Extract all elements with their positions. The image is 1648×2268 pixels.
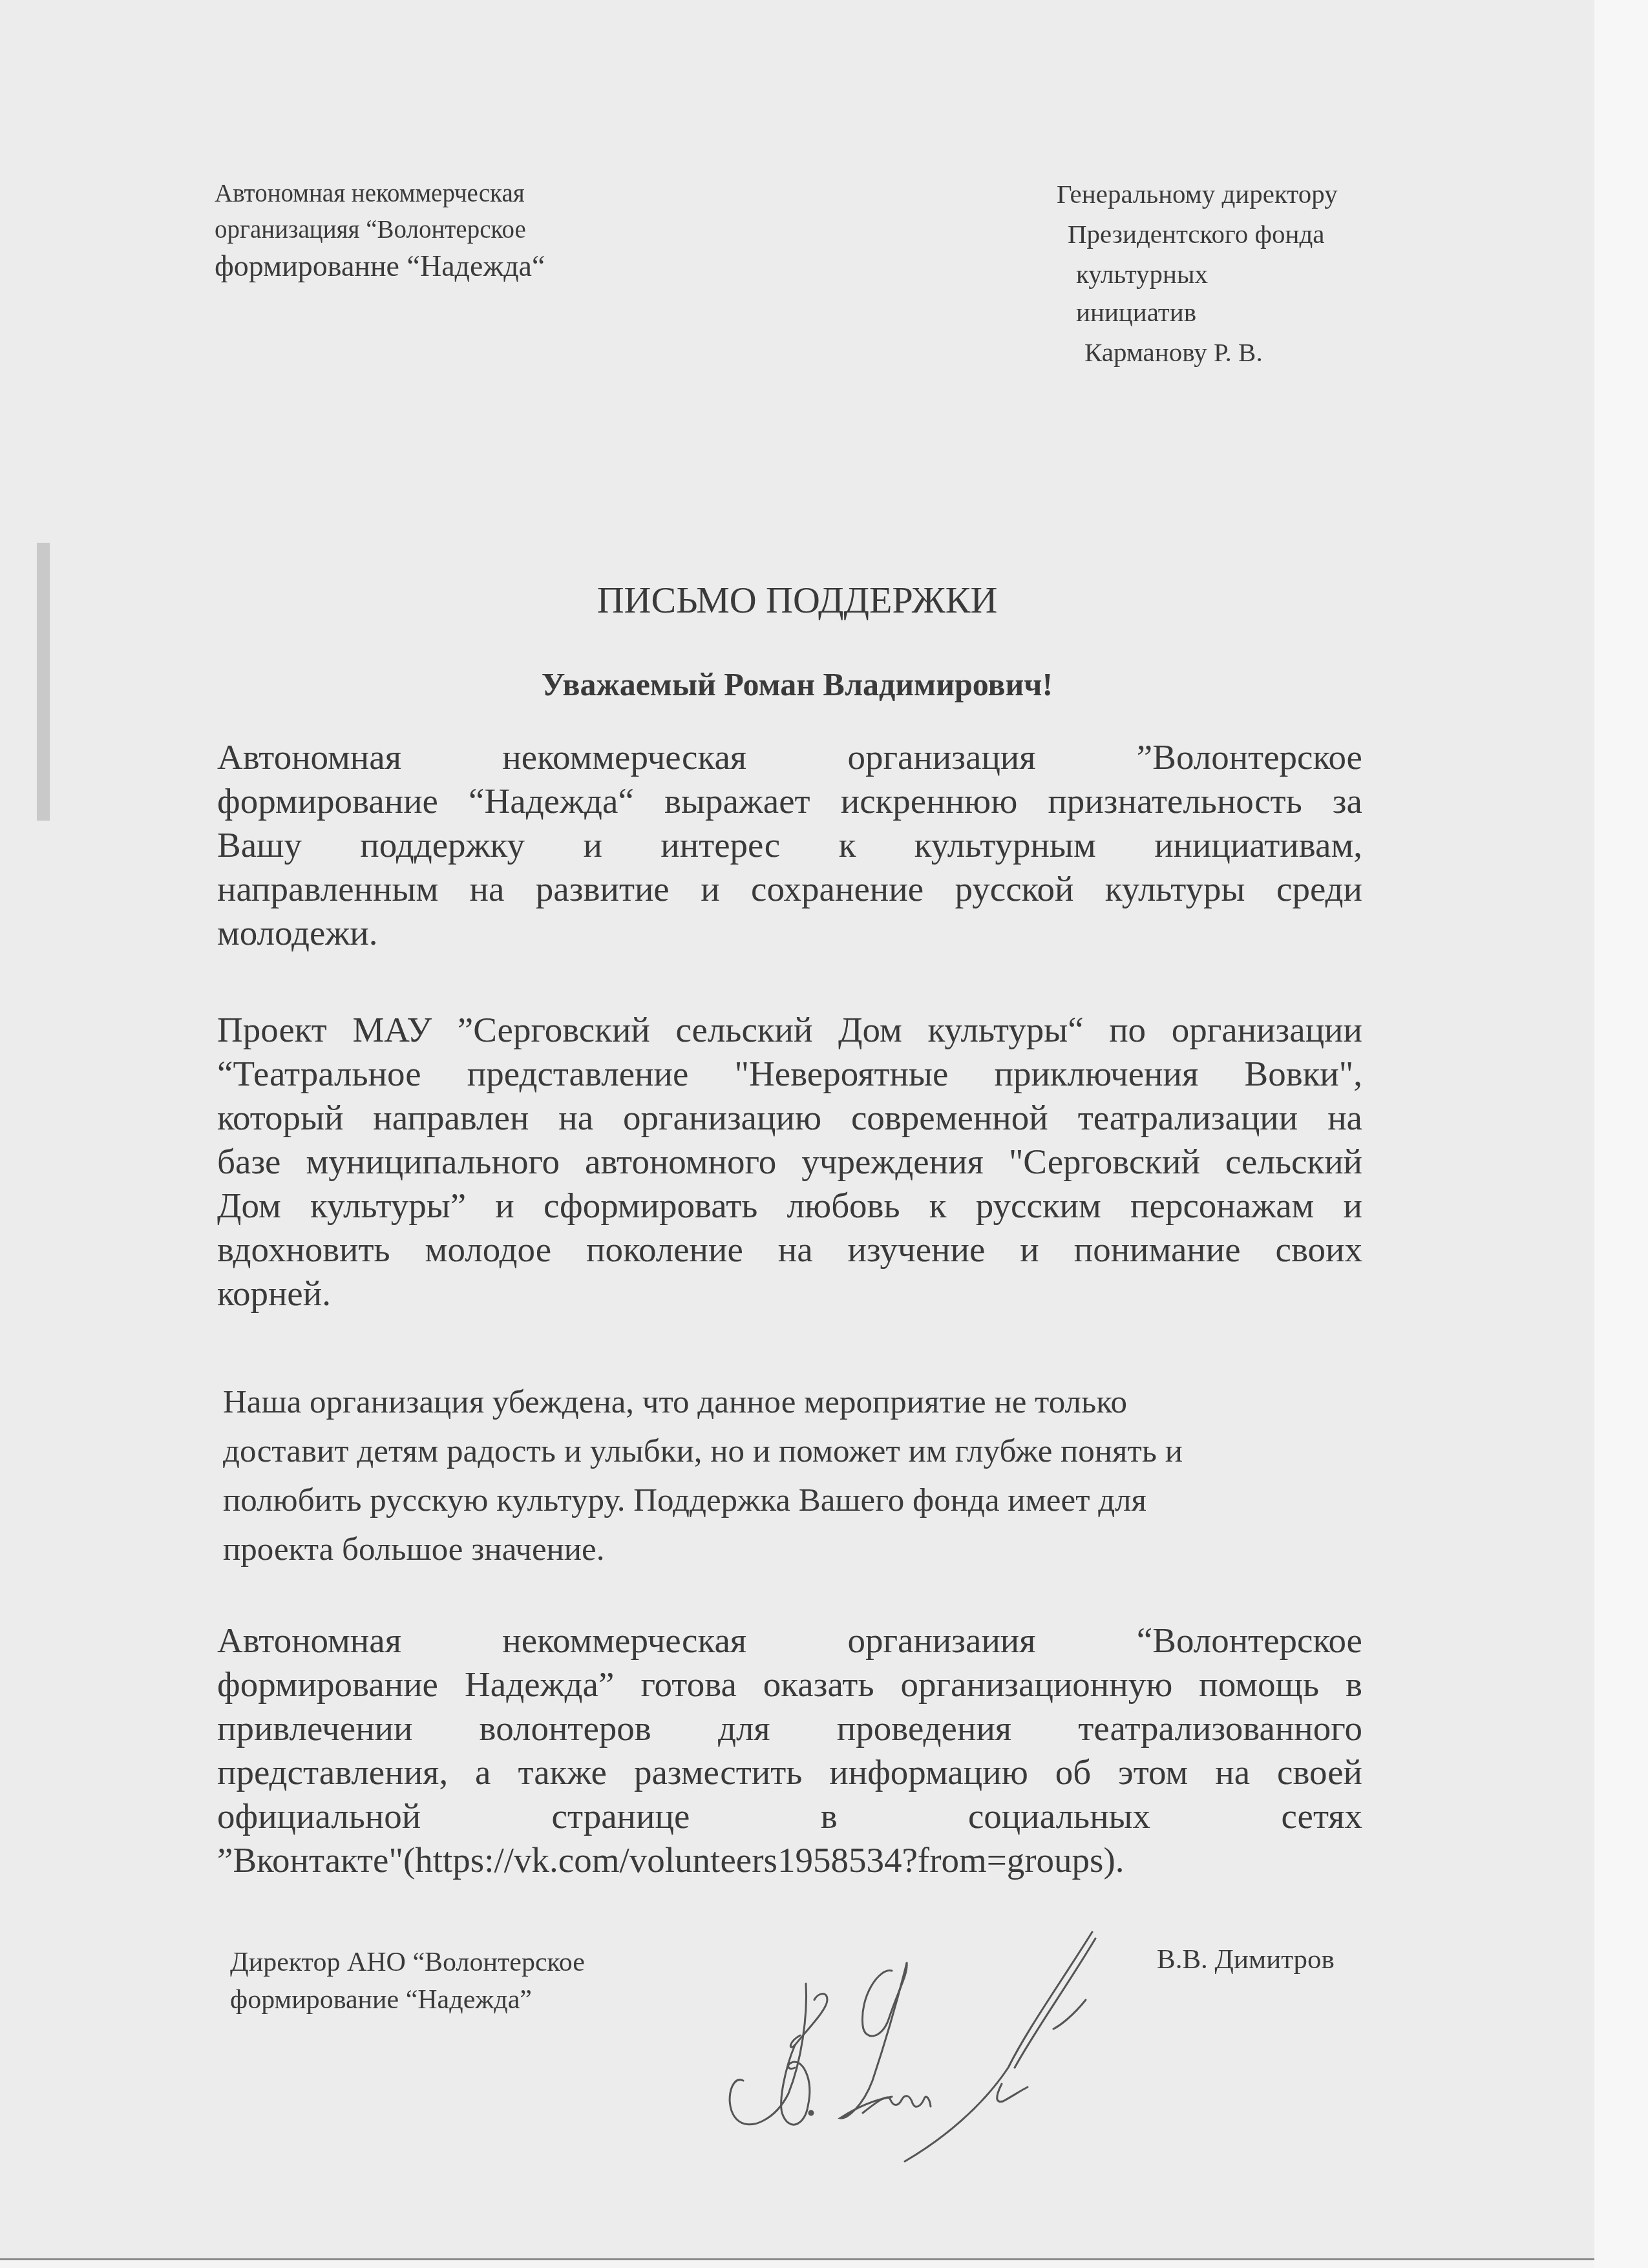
vk-link-line: ”Вконтакте"(https://vk.com/volunteers195… [217, 1838, 1362, 1882]
text-line: направленным на развитие и сохранение ру… [217, 867, 1362, 911]
salutation: Уважаемый Роман Владимирович! [0, 666, 1594, 703]
position-line: формирование “Надежда” [230, 1981, 585, 2019]
text-line: который направлен на организацию совреме… [217, 1096, 1362, 1140]
scanner-margin [1594, 0, 1648, 2268]
signatory-name: В.В. Димитров [1157, 1944, 1335, 1975]
paragraph-conviction: Наша организация убеждена, что данное ме… [223, 1378, 1183, 1574]
text-line: привлечении волонтеров для проведения те… [217, 1706, 1362, 1750]
recipient-line: культурных [1076, 256, 1208, 292]
text-line: официальной странице в социальных сетях [217, 1794, 1362, 1838]
signatory-position: Директор АНО “Волонтерское формирование … [230, 1944, 585, 2019]
sender-block: Автономная некоммерческая организацияя “… [215, 176, 545, 284]
paragraph-gratitude: Автономная некоммерческая организация ”В… [217, 735, 1362, 955]
recipient-line: Карманову Р. В. [1084, 334, 1263, 370]
text-line: Проект МАУ ”Серговский сельский Дом куль… [217, 1008, 1362, 1052]
paragraph-volunteer-help: Автономная некоммерческая организаиия “В… [217, 1619, 1362, 1882]
sender-line: Автономная некоммерческая [215, 176, 545, 212]
text-line: Автономная некоммерческая организаиия “В… [217, 1619, 1362, 1663]
recipient-line: Президентского фонда [1068, 216, 1325, 252]
text-line: “Театральное представление "Невероятные … [217, 1052, 1362, 1096]
text-line: вдохновить молодое поколение на изучение… [217, 1228, 1362, 1272]
paragraph-project: Проект МАУ ”Серговский сельский Дом куль… [217, 1008, 1362, 1316]
handwritten-signature-icon [724, 1913, 1189, 2187]
text-line: Дом культуры” и сформировать любовь к ру… [217, 1184, 1362, 1228]
text-line: формирование “Надежда“ выражает искренню… [217, 779, 1362, 823]
text-line: Автономная некоммерческая организация ”В… [217, 735, 1362, 779]
text-line: представления, а также разместить информ… [217, 1750, 1362, 1794]
text-line: доставит детям радость и улыбки, но и по… [223, 1427, 1183, 1476]
text-line: корней. [217, 1272, 1362, 1316]
text-line: Наша организация убеждена, что данное ме… [223, 1378, 1183, 1427]
text-line: полюбить русскую культуру. Поддержка Ваш… [223, 1476, 1183, 1525]
text-line: проекта большое значение. [223, 1525, 1183, 1574]
text-line: молодежи. [217, 911, 1362, 955]
sender-line: формированне “Надежда“ [215, 248, 545, 284]
recipient-line: Генеральному директору [1057, 176, 1338, 212]
text-line: формирование Надежда” готова оказать орг… [217, 1663, 1362, 1706]
sender-line: организацияя “Волонтерское [215, 212, 545, 248]
text-line: базе муниципального автономного учрежден… [217, 1140, 1362, 1184]
document-title: ПИСЬМО ПОДДЕРЖКИ [0, 578, 1594, 622]
recipient-line: инициатив [1076, 294, 1196, 330]
position-line: Директор АНО “Волонтерское [230, 1944, 585, 1981]
text-line: Вашу поддержку и интерес к культурным ин… [217, 823, 1362, 867]
